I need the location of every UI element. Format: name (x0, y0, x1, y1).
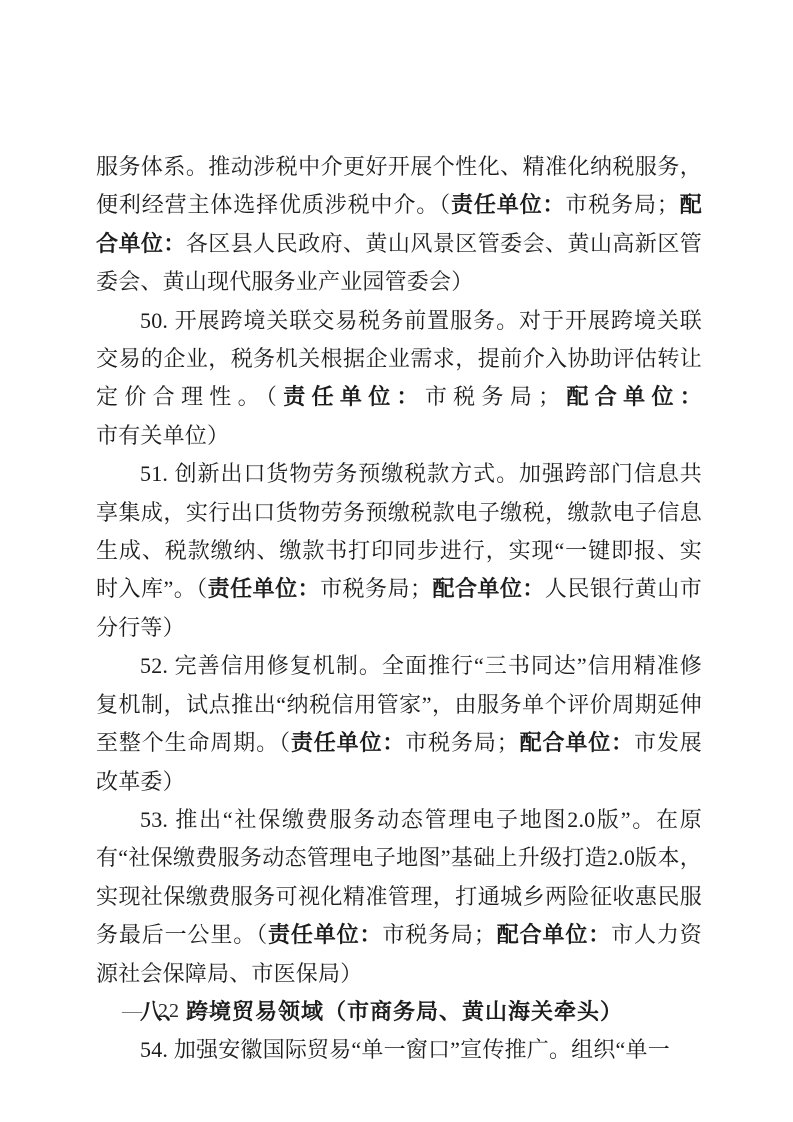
document-page: 服务体系。推动涉税中介更好开展个性化、精准化纳税服务，便利经营主体选择优质涉税中… (0, 0, 793, 1122)
text-segment: 51. (140, 461, 175, 486)
text-segment: 推出“社保缴费服务动态管理电子地图2.0版”。 (175, 807, 656, 832)
text-segment: 责任单位： (268, 922, 382, 947)
text-segment: 54. (140, 1037, 174, 1062)
text-segment: 市税务局； (425, 384, 561, 409)
text-segment: 市有关单位） (96, 423, 229, 448)
page-footer: — 22 — (120, 1000, 218, 1023)
paragraph: 服务体系。推动涉税中介更好开展个性化、精准化纳税服务，便利经营主体选择优质涉税中… (96, 148, 702, 302)
text-segment: 加强安徽国际贸易“单一窗口”宣传推广。 (174, 1037, 571, 1062)
footer-dash-right: — (194, 1000, 218, 1023)
text-segment: 组织“单一 (571, 1037, 670, 1062)
text-segment: 配合单位： (560, 384, 702, 409)
text-segment: 50. (140, 308, 175, 333)
page-number: 22 (158, 1000, 180, 1023)
text-segment: 责任单位： (451, 192, 565, 217)
text-segment: 52. (140, 653, 175, 678)
text-segment: 配合单位： (519, 730, 634, 755)
text-segment: 责任单位： (291, 730, 405, 755)
text-segment: 配合单位： (432, 576, 545, 601)
paragraph: 51. 创新出口货物劳务预缴税款方式。加强跨部门信息共享集成，实行出口货物劳务预… (96, 455, 702, 647)
paragraph: 52. 完善信用修复机制。全面推行“三书同达”信用精准修复机制，试点推出“纳税信… (96, 647, 702, 801)
text-segment: 责任单位： (283, 384, 425, 409)
text-segment: 开展跨境关联交易税务前置服务。 (175, 308, 519, 333)
paragraph: 50. 开展跨境关联交易税务前置服务。对于开展跨境关联交易的企业，税务机关根据企… (96, 302, 702, 456)
footer-dash-left: — (120, 1000, 144, 1023)
text-segment: 各区县人民政府、黄山风景区管委会、黄山高新区管委会、黄山现代服务业产业园管委会） (96, 231, 702, 294)
paragraph: 54. 加强安徽国际贸易“单一窗口”宣传推广。组织“单一 (96, 1031, 702, 1069)
document-body: 服务体系。推动涉税中介更好开展个性化、精准化纳税服务，便利经营主体选择优质涉税中… (96, 148, 702, 1070)
text-segment: 市税务局； (565, 192, 679, 217)
text-segment: 53. (140, 807, 175, 832)
text-segment: 市税务局； (405, 730, 519, 755)
text-segment: 完善信用修复机制。 (175, 653, 382, 678)
text-segment: 责任单位： (208, 576, 320, 601)
text-segment: 市税务局； (320, 576, 432, 601)
text-segment: 配合单位： (496, 922, 611, 947)
text-segment: 市税务局； (382, 922, 496, 947)
text-segment: 创新出口货物劳务预缴税款方式。 (175, 461, 519, 486)
paragraph: 53. 推出“社保缴费服务动态管理电子地图2.0版”。在原有“社保缴费服务动态管… (96, 801, 702, 993)
